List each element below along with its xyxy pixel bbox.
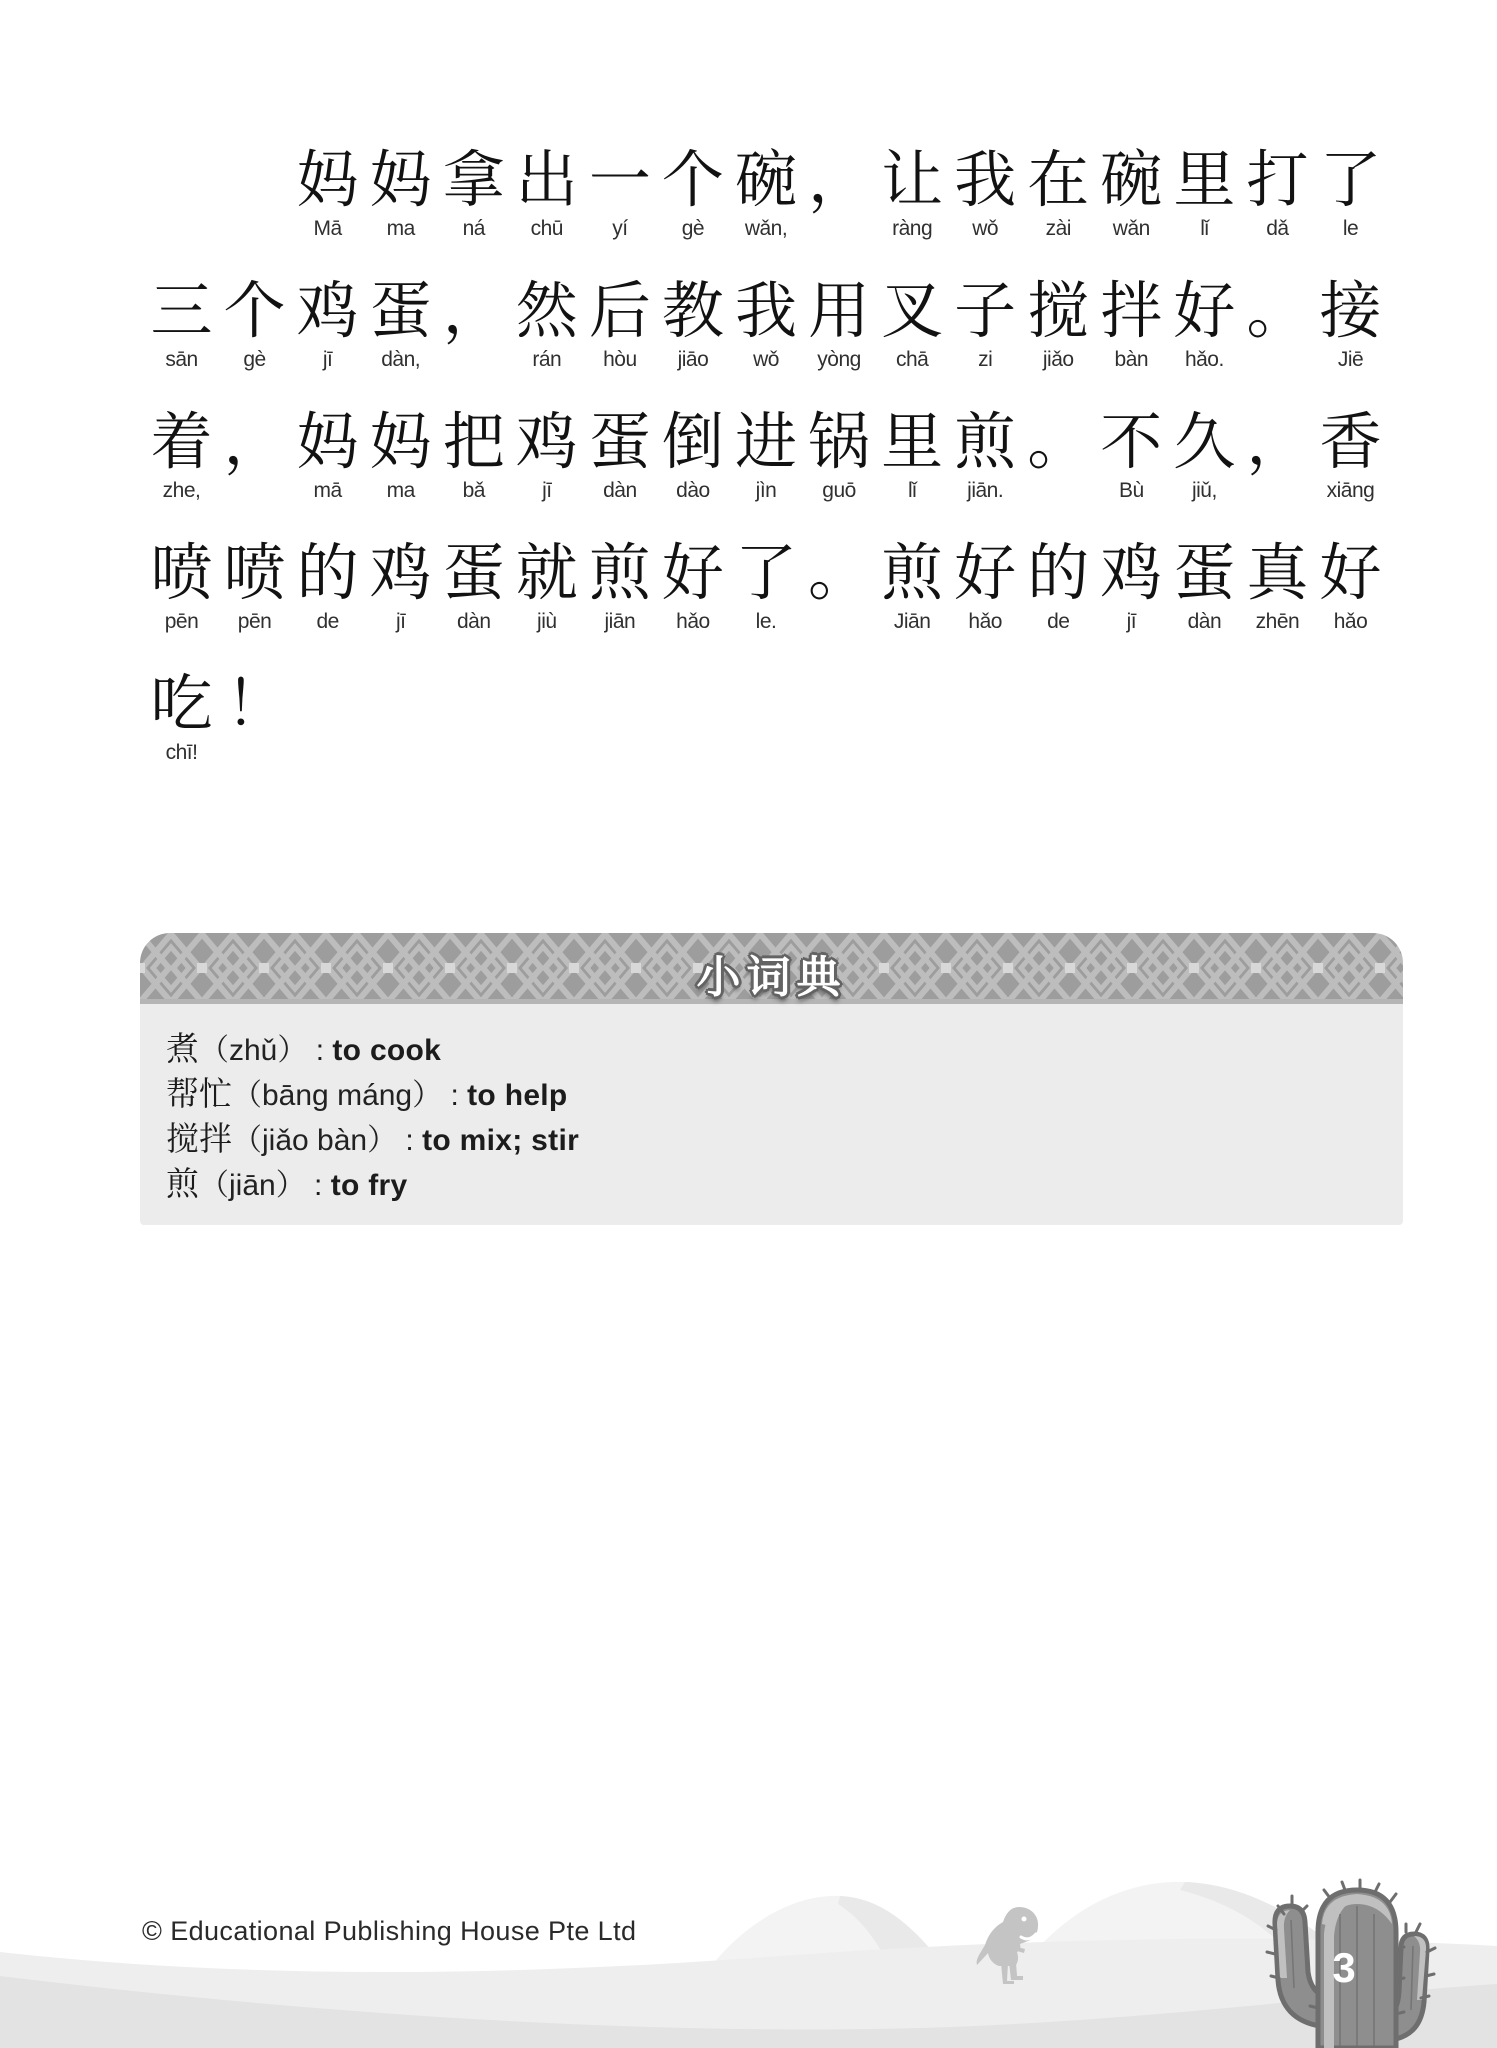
dictionary-header: 小词典 <box>140 933 1403 1004</box>
hanzi-char: 进 <box>731 408 802 478</box>
hanzi-pinyin-cell: 鸡jī <box>365 539 436 635</box>
hanzi-char: ， <box>804 146 875 216</box>
copyright-text: © Educational Publishing House Pte Ltd <box>142 1916 636 1947</box>
open-paren: （ <box>199 1034 229 1067</box>
pinyin-syllable: dàn <box>1169 609 1240 635</box>
pinyin-syllable: rán <box>511 347 582 373</box>
hanzi-pinyin-cell: 我wǒ <box>731 277 802 373</box>
pinyin-syllable: jī <box>292 347 363 373</box>
pinyin-syllable: jī <box>511 478 582 504</box>
entry-word: 煎 <box>166 1167 199 1203</box>
hanzi-char: 里 <box>877 408 948 478</box>
pinyin-syllable: le. <box>731 609 802 635</box>
close-paren: ） <box>367 1124 397 1157</box>
pinyin-syllable: gè <box>657 216 728 242</box>
pinyin-syllable: jī <box>365 609 436 635</box>
entry-definition: to help <box>467 1079 567 1112</box>
pinyin-syllable <box>1242 478 1313 504</box>
entry-colon: : <box>306 1169 331 1202</box>
hanzi-pinyin-cell: 我wǒ <box>950 146 1021 242</box>
hanzi-char: 接 <box>1315 277 1386 347</box>
hanzi-char: 妈 <box>292 408 363 478</box>
hanzi-char: 好 <box>657 539 728 609</box>
hanzi-pinyin-cell: 鸡jī <box>511 408 582 504</box>
pinyin-syllable: ná <box>438 216 509 242</box>
hanzi-pinyin-cell: 好hǎo. <box>1169 277 1240 373</box>
pinyin-syllable: jiāo <box>657 347 728 373</box>
pinyin-syllable: wǒ <box>731 347 802 373</box>
pinyin-syllable: dàn <box>584 478 655 504</box>
hanzi-pinyin-cell: 了le. <box>731 539 802 635</box>
hanzi-char: 鸡 <box>292 277 363 347</box>
story-text: 妈Mā妈ma拿ná出chū一yí个gè碗wǎn,，让ràng我wǒ在zài碗wǎ… <box>146 146 1386 801</box>
pinyin-syllable: wǎn <box>1096 216 1167 242</box>
hanzi-pinyin-cell: 把bǎ <box>438 408 509 504</box>
hanzi-char: 的 <box>1023 539 1094 609</box>
pinyin-syllable: dàn, <box>365 347 436 373</box>
pinyin-syllable: dǎ <box>1242 216 1313 242</box>
pinyin-syllable: le <box>1315 216 1386 242</box>
pinyin-syllable: yí <box>584 216 655 242</box>
hanzi-pinyin-cell: 倒dào <box>657 408 728 504</box>
hanzi-char: 好 <box>950 539 1021 609</box>
pinyin-syllable: ma <box>365 216 436 242</box>
hanzi-char: 着 <box>146 408 217 478</box>
pinyin-syllable: Jiē <box>1315 347 1386 373</box>
hanzi-char: 碗 <box>1096 146 1167 216</box>
hanzi-pinyin-cell: 拿ná <box>438 146 509 242</box>
pinyin-syllable: bàn <box>1096 347 1167 373</box>
hanzi-pinyin-cell: 出chū <box>511 146 582 242</box>
hanzi-pinyin-cell: 。 <box>1242 277 1313 373</box>
hanzi-char: 好 <box>1169 277 1240 347</box>
close-paren: ） <box>276 1169 306 1202</box>
dictionary-entry: 煮（zhǔ） : to cook <box>166 1028 1403 1073</box>
page-number: 3 <box>1318 1944 1370 1992</box>
hanzi-char: ， <box>1242 408 1313 478</box>
hanzi-char: 把 <box>438 408 509 478</box>
story-line: 着zhe,，妈mā妈ma把bǎ鸡jī蛋dàn倒dào进jìn锅guō里lǐ煎ji… <box>146 408 1386 504</box>
hanzi-pinyin-cell: 在zài <box>1023 146 1094 242</box>
hanzi-pinyin-cell: 接Jiē <box>1315 277 1386 373</box>
pinyin-syllable: yòng <box>804 347 875 373</box>
hanzi-pinyin-cell: ， <box>1242 408 1313 504</box>
hanzi-char: 子 <box>950 277 1021 347</box>
hanzi-pinyin-cell: 搅jiǎo <box>1023 277 1094 373</box>
hanzi-char: 让 <box>877 146 948 216</box>
pinyin-syllable: jiān. <box>950 478 1021 504</box>
entry-colon: : <box>307 1034 332 1067</box>
hanzi-pinyin-cell: ！ <box>221 670 292 766</box>
hanzi-pinyin-cell: 着zhe, <box>146 408 217 504</box>
hanzi-pinyin-cell: 的de <box>292 539 363 635</box>
entry-pinyin: jiān <box>229 1169 276 1202</box>
pinyin-syllable: dào <box>657 478 728 504</box>
hanzi-char: 好 <box>1315 539 1386 609</box>
hanzi-pinyin-cell: 鸡jī <box>1096 539 1167 635</box>
hanzi-pinyin-cell: 叉chā <box>877 277 948 373</box>
hanzi-pinyin-cell: 喷pēn <box>146 539 217 635</box>
hanzi-pinyin-cell: 。 <box>804 539 875 635</box>
hanzi-pinyin-cell: 就jiù <box>511 539 582 635</box>
dictionary-box: 小词典 煮（zhǔ） : to cook帮忙（bāng máng） : to h… <box>140 933 1403 1225</box>
hanzi-char: 蛋 <box>438 539 509 609</box>
hanzi-char: 妈 <box>365 408 436 478</box>
hanzi-char: 煎 <box>584 539 655 609</box>
story-line: 喷pēn喷pēn的de鸡jī蛋dàn就jiù煎jiān好hǎo了le.。煎Jiā… <box>146 539 1386 635</box>
pinyin-syllable: Bù <box>1096 478 1167 504</box>
pinyin-syllable <box>1023 478 1094 504</box>
hanzi-char: 蛋 <box>365 277 436 347</box>
hanzi-pinyin-cell: 好hǎo <box>1315 539 1386 635</box>
hanzi-char: 。 <box>1242 277 1313 347</box>
pinyin-syllable: Jiān <box>877 609 948 635</box>
hanzi-pinyin-cell: ， <box>438 277 509 373</box>
hanzi-char: 拿 <box>438 146 509 216</box>
entry-definition: to mix; stir <box>422 1124 579 1157</box>
pinyin-syllable <box>438 347 509 373</box>
hanzi-pinyin-cell: 妈mā <box>292 408 363 504</box>
hanzi-char: ， <box>219 408 290 478</box>
entry-colon: : <box>442 1079 467 1112</box>
pinyin-syllable: hǎo <box>657 609 728 635</box>
hanzi-char: 香 <box>1315 408 1386 478</box>
hanzi-pinyin-cell: 煎Jiān <box>877 539 948 635</box>
pinyin-syllable: mā <box>292 478 363 504</box>
entry-word: 搅拌 <box>166 1122 232 1158</box>
dictionary-entry: 搅拌（jiǎo bàn） : to mix; stir <box>166 1118 1403 1163</box>
sand-dunes <box>0 1882 1497 2048</box>
hanzi-char: 个 <box>657 146 728 216</box>
hanzi-pinyin-cell: 好hǎo <box>950 539 1021 635</box>
open-paren: （ <box>232 1124 262 1157</box>
pinyin-syllable <box>804 609 875 635</box>
pinyin-syllable: jiǔ, <box>1169 478 1240 504</box>
hanzi-pinyin-cell: 里lǐ <box>877 408 948 504</box>
pinyin-syllable: wǎn, <box>731 216 802 242</box>
hanzi-char: 妈 <box>292 146 363 216</box>
pinyin-syllable: lǐ <box>877 478 948 504</box>
hanzi-char: 就 <box>511 539 582 609</box>
pinyin-syllable: xiāng <box>1315 478 1386 504</box>
pinyin-syllable: dàn <box>438 609 509 635</box>
story-line: 三sān个gè鸡jī蛋dàn,，然rán后hòu教jiāo我wǒ用yòng叉ch… <box>146 277 1386 373</box>
hanzi-pinyin-cell: 蛋dàn <box>1169 539 1240 635</box>
hanzi-pinyin-cell: 的de <box>1023 539 1094 635</box>
hanzi-char: 三 <box>146 277 217 347</box>
entry-word: 帮忙 <box>166 1077 232 1113</box>
hanzi-pinyin-cell: 一yí <box>584 146 655 242</box>
hanzi-char: 然 <box>511 277 582 347</box>
dictionary-entries: 煮（zhǔ） : to cook帮忙（bāng máng） : to help搅… <box>140 1004 1403 1225</box>
pinyin-syllable: zhēn <box>1242 609 1313 635</box>
entry-word: 煮 <box>166 1032 199 1068</box>
hanzi-pinyin-cell: 喷pēn <box>219 539 290 635</box>
dictionary-entry: 帮忙（bāng máng） : to help <box>166 1073 1403 1118</box>
hanzi-char: 鸡 <box>365 539 436 609</box>
hanzi-pinyin-cell: 好hǎo <box>657 539 728 635</box>
entry-pinyin: bāng máng <box>262 1079 412 1112</box>
hanzi-char: 。 <box>1023 408 1094 478</box>
pinyin-syllable: sān <box>146 347 217 373</box>
pinyin-syllable: jiǎo <box>1023 347 1094 373</box>
hanzi-char: 不 <box>1096 408 1167 478</box>
hanzi-pinyin-cell: 蛋dàn, <box>365 277 436 373</box>
pinyin-syllable: pēn <box>146 609 217 635</box>
hanzi-pinyin-cell: 教jiāo <box>657 277 728 373</box>
hanzi-char: 蛋 <box>584 408 655 478</box>
hanzi-char: ！ <box>221 670 292 740</box>
pinyin-syllable: jìn <box>731 478 802 504</box>
hanzi-char: 碗 <box>731 146 802 216</box>
hanzi-pinyin-cell: 拌bàn <box>1096 277 1167 373</box>
pinyin-syllable <box>219 478 290 504</box>
hanzi-pinyin-cell: 个gè <box>657 146 728 242</box>
hanzi-char: 锅 <box>804 408 875 478</box>
pinyin-syllable: Mā <box>292 216 363 242</box>
pinyin-syllable: chā <box>877 347 948 373</box>
hanzi-char: 出 <box>511 146 582 216</box>
entry-pinyin: zhǔ <box>229 1034 277 1067</box>
hanzi-char: 搅 <box>1023 277 1094 347</box>
story-line: 妈Mā妈ma拿ná出chū一yí个gè碗wǎn,，让ràng我wǒ在zài碗wǎ… <box>146 146 1386 242</box>
hanzi-char: 的 <box>292 539 363 609</box>
hanzi-char: 叉 <box>877 277 948 347</box>
hanzi-pinyin-cell: 不Bù <box>1096 408 1167 504</box>
hanzi-char: ， <box>438 277 509 347</box>
hanzi-pinyin-cell: 鸡jī <box>292 277 363 373</box>
hanzi-pinyin-cell: ， <box>219 408 290 504</box>
hanzi-pinyin-cell: 煎jiān <box>584 539 655 635</box>
pinyin-syllable: hǎo. <box>1169 347 1240 373</box>
hanzi-pinyin-cell: 真zhēn <box>1242 539 1313 635</box>
hanzi-char: 吃 <box>146 670 217 740</box>
hanzi-char: 里 <box>1169 146 1240 216</box>
pinyin-syllable: wǒ <box>950 216 1021 242</box>
hanzi-pinyin-cell: 妈ma <box>365 146 436 242</box>
hanzi-char: 了 <box>1315 146 1386 216</box>
hanzi-pinyin-cell: 妈Mā <box>292 146 363 242</box>
open-paren: （ <box>199 1169 229 1202</box>
hanzi-pinyin-cell: 让ràng <box>877 146 948 242</box>
hanzi-char: 喷 <box>219 539 290 609</box>
indent-spacer <box>219 146 290 242</box>
hanzi-pinyin-cell: 锅guō <box>804 408 875 504</box>
pinyin-syllable <box>804 216 875 242</box>
pinyin-syllable: hòu <box>584 347 655 373</box>
hanzi-pinyin-cell: 子zi <box>950 277 1021 373</box>
pinyin-syllable: chī! <box>146 740 217 766</box>
hanzi-char: 倒 <box>657 408 728 478</box>
hanzi-pinyin-cell: 久jiǔ, <box>1169 408 1240 504</box>
hanzi-char: 个 <box>219 277 290 347</box>
pinyin-syllable: zhe, <box>146 478 217 504</box>
pinyin-syllable <box>1242 347 1313 373</box>
hanzi-pinyin-cell: 三sān <box>146 277 217 373</box>
page: 妈Mā妈ma拿ná出chū一yí个gè碗wǎn,，让ràng我wǒ在zài碗wǎ… <box>0 0 1497 2048</box>
pinyin-syllable: jiān <box>584 609 655 635</box>
hanzi-char: 后 <box>584 277 655 347</box>
hanzi-char: 一 <box>584 146 655 216</box>
pinyin-syllable: zi <box>950 347 1021 373</box>
pinyin-syllable: de <box>1023 609 1094 635</box>
pinyin-syllable: hǎo <box>950 609 1021 635</box>
hanzi-pinyin-cell: 个gè <box>219 277 290 373</box>
hanzi-pinyin-cell: 然rán <box>511 277 582 373</box>
pinyin-syllable: bǎ <box>438 478 509 504</box>
pinyin-syllable: guō <box>804 478 875 504</box>
dictionary-title: 小词典 <box>140 941 1403 1005</box>
hanzi-char: 煎 <box>877 539 948 609</box>
hanzi-char: 久 <box>1169 408 1240 478</box>
hanzi-pinyin-cell: 煎jiān. <box>950 408 1021 504</box>
hanzi-pinyin-cell: ， <box>804 146 875 242</box>
pinyin-syllable <box>221 740 292 766</box>
pinyin-syllable: lǐ <box>1169 216 1240 242</box>
pinyin-syllable: de <box>292 609 363 635</box>
hanzi-pinyin-cell: 里lǐ <box>1169 146 1240 242</box>
hanzi-char: 用 <box>804 277 875 347</box>
pinyin-syllable: ràng <box>877 216 948 242</box>
open-paren: （ <box>232 1079 262 1112</box>
hanzi-char: 打 <box>1242 146 1313 216</box>
pinyin-syllable: gè <box>219 347 290 373</box>
hanzi-char: 真 <box>1242 539 1313 609</box>
hanzi-char: 了 <box>731 539 802 609</box>
hanzi-pinyin-cell: 后hòu <box>584 277 655 373</box>
hanzi-pinyin-cell: 碗wǎn <box>1096 146 1167 242</box>
hanzi-pinyin-cell: 用yòng <box>804 277 875 373</box>
hanzi-pinyin-cell: 进jìn <box>731 408 802 504</box>
pinyin-syllable: hǎo <box>1315 609 1386 635</box>
hanzi-pinyin-cell: 香xiāng <box>1315 408 1386 504</box>
pinyin-syllable: pēn <box>219 609 290 635</box>
pinyin-syllable: ma <box>365 478 436 504</box>
hanzi-char: 我 <box>950 146 1021 216</box>
pinyin-syllable: chū <box>511 216 582 242</box>
hanzi-pinyin-cell: 。 <box>1023 408 1094 504</box>
indent-spacer <box>146 146 217 242</box>
hanzi-char: 我 <box>731 277 802 347</box>
hanzi-pinyin-cell: 碗wǎn, <box>731 146 802 242</box>
hanzi-pinyin-cell: 蛋dàn <box>584 408 655 504</box>
dictionary-entry: 煎（jiān） : to fry <box>166 1163 1403 1208</box>
story-line: 吃chī!！ <box>146 670 1386 766</box>
entry-pinyin: jiǎo bàn <box>262 1124 367 1157</box>
hanzi-char: 在 <box>1023 146 1094 216</box>
hanzi-char: 煎 <box>950 408 1021 478</box>
hanzi-char: 鸡 <box>511 408 582 478</box>
hanzi-char: 喷 <box>146 539 217 609</box>
pinyin-syllable: jī <box>1096 609 1167 635</box>
hanzi-pinyin-cell: 吃chī! <box>146 670 217 766</box>
entry-definition: to fry <box>331 1169 408 1202</box>
hanzi-char: 。 <box>804 539 875 609</box>
hanzi-char: 鸡 <box>1096 539 1167 609</box>
pinyin-syllable: jiù <box>511 609 582 635</box>
hanzi-pinyin-cell: 了le <box>1315 146 1386 242</box>
entry-definition: to cook <box>332 1034 441 1067</box>
hanzi-char: 教 <box>657 277 728 347</box>
hanzi-char: 蛋 <box>1169 539 1240 609</box>
hanzi-char: 妈 <box>365 146 436 216</box>
pinyin-syllable: zài <box>1023 216 1094 242</box>
hanzi-char: 拌 <box>1096 277 1167 347</box>
close-paren: ） <box>412 1079 442 1112</box>
hanzi-pinyin-cell: 打dǎ <box>1242 146 1313 242</box>
close-paren: ） <box>277 1034 307 1067</box>
entry-colon: : <box>397 1124 422 1157</box>
hanzi-pinyin-cell: 妈ma <box>365 408 436 504</box>
hanzi-pinyin-cell: 蛋dàn <box>438 539 509 635</box>
